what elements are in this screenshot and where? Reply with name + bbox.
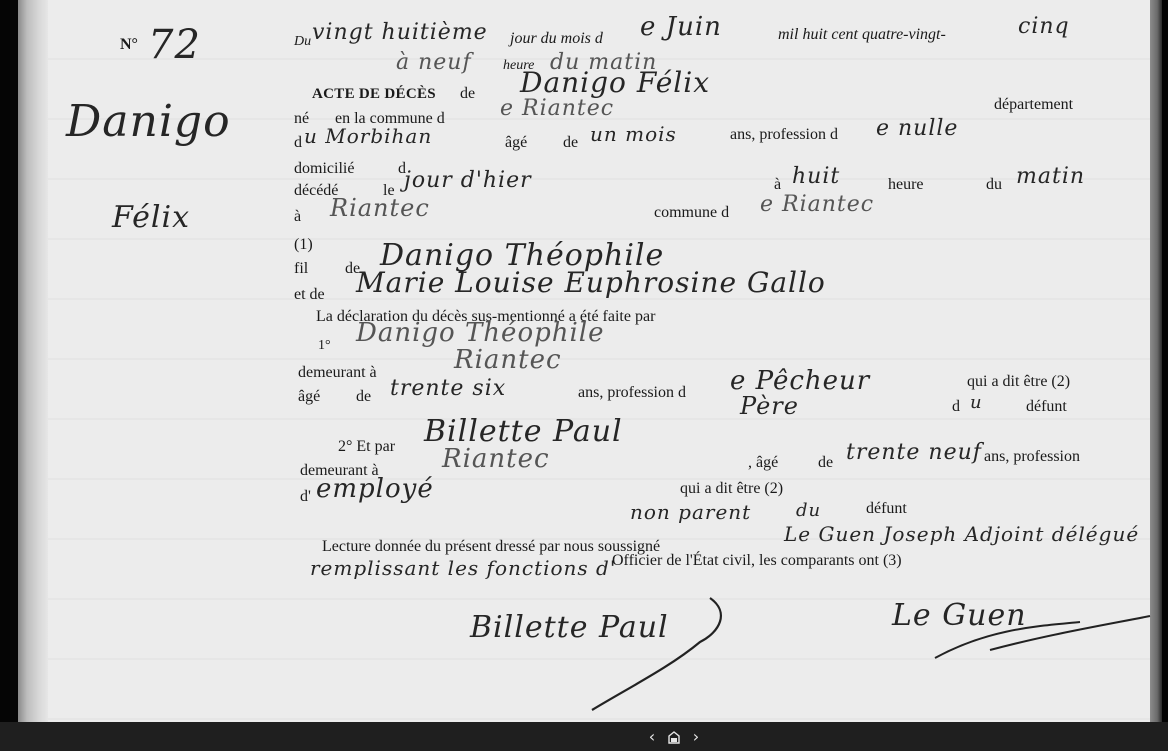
hand-profession: e nulle bbox=[876, 116, 958, 141]
text-age-de-2: de bbox=[818, 454, 833, 472]
text-fils: fil bbox=[294, 260, 308, 278]
hand-age-2: trente neuf bbox=[846, 440, 982, 465]
text-d-1: d bbox=[952, 398, 960, 416]
text-du-dept: d bbox=[294, 134, 302, 152]
hand-death-date: jour d'hier bbox=[404, 168, 532, 193]
text-defunt-2: défunt bbox=[866, 500, 907, 518]
hand-du-2: du bbox=[796, 500, 821, 521]
margin-given-name: Félix bbox=[112, 200, 190, 235]
hand-mother: Marie Louise Euphrosine Gallo bbox=[356, 266, 826, 299]
text-de: de bbox=[460, 85, 475, 103]
text-defunt-1: défunt bbox=[1026, 398, 1067, 416]
hand-department: u Morbihan bbox=[304, 124, 432, 148]
hand-officer: Le Guen Joseph Adjoint délégué bbox=[784, 522, 1139, 546]
image-viewer: N° 72 Danigo Félix Du vingt huitième jou… bbox=[0, 0, 1168, 722]
text-qui-a-dit-2: qui a dit être (2) bbox=[680, 480, 783, 498]
hand-deceased-name: Danigo Félix bbox=[520, 66, 710, 99]
hand-declarant-1: Danigo Théophile bbox=[356, 318, 605, 348]
text-du-period: du bbox=[986, 176, 1002, 194]
hand-death-period: matin bbox=[1016, 164, 1085, 189]
text-profession-1: ans, profession d bbox=[578, 384, 686, 402]
hand-death-hour: huit bbox=[792, 164, 840, 189]
text-et-par: 2° Et par bbox=[338, 438, 395, 456]
act-number-value: 72 bbox=[148, 22, 201, 68]
text-age-1: âgé bbox=[298, 388, 320, 406]
text-demeurant-1: demeurant à bbox=[298, 364, 377, 382]
hand-commune-place: e Riantec bbox=[760, 192, 874, 217]
hand-relation-2: non parent bbox=[630, 500, 751, 524]
text-year-prefix: mil huit cent quatre-vingt- bbox=[778, 26, 946, 44]
text-age-2: , âgé bbox=[748, 454, 778, 472]
text-a-place: à bbox=[294, 208, 301, 226]
hand-profession-2: employé bbox=[316, 474, 434, 504]
text-profession-2: ans, profession bbox=[984, 448, 1080, 466]
signature-flourish-2 bbox=[930, 608, 1160, 663]
act-number-label: N° bbox=[120, 36, 138, 54]
text-age-de-1: de bbox=[356, 388, 371, 406]
text-age-label: âgé bbox=[505, 134, 527, 152]
hand-residence-1: Riantec bbox=[454, 345, 562, 375]
text-lecture: Lecture donnée du présent dressé par nou… bbox=[322, 538, 660, 556]
text-officier: Officier de l'État civil, les comparants… bbox=[612, 552, 902, 570]
next-page-button[interactable]: › bbox=[689, 727, 703, 747]
gallery-home-icon bbox=[667, 730, 681, 744]
text-domicilie: domicilié bbox=[294, 160, 354, 178]
hand-birth-place: e Riantec bbox=[500, 96, 614, 121]
hand-age: un mois bbox=[590, 122, 677, 146]
text-jour-du-mois: jour du mois d bbox=[510, 30, 603, 48]
page-binding-edge bbox=[18, 0, 48, 722]
text-departement: département bbox=[994, 96, 1073, 114]
viewer-toolbar: ‹ › bbox=[0, 722, 1168, 751]
text-age-de: de bbox=[563, 134, 578, 152]
margin-surname: Danigo bbox=[66, 96, 231, 147]
text-ans-profession: ans, profession d bbox=[730, 126, 838, 144]
text-commune-de: commune d bbox=[654, 204, 729, 222]
text-et-de: et de bbox=[294, 286, 325, 304]
hand-hour: à neuf bbox=[396, 50, 472, 75]
hand-death-place: Riantec bbox=[330, 194, 430, 222]
text-qui-a-dit-1: qui a dit être (2) bbox=[967, 373, 1070, 391]
text-first: 1° bbox=[318, 338, 331, 354]
hand-month: e Juin bbox=[640, 12, 722, 42]
previous-page-button[interactable]: ‹ bbox=[645, 727, 659, 747]
gallery-home-button[interactable] bbox=[667, 727, 681, 747]
hand-remplissant: remplissant les fonctions d' bbox=[310, 556, 616, 580]
text-d-2: d' bbox=[300, 488, 311, 506]
signature-flourish-1 bbox=[580, 592, 730, 712]
hand-du-1: u bbox=[970, 392, 983, 413]
text-acte-de-deces: ACTE DE DÉCÈS bbox=[312, 86, 436, 103]
hand-age-1: trente six bbox=[390, 376, 506, 401]
hand-year: cinq bbox=[1018, 14, 1070, 39]
text-du: Du bbox=[294, 34, 311, 50]
hand-residence-2: Riantec bbox=[442, 444, 550, 474]
text-note-1: (1) bbox=[294, 236, 313, 254]
text-heures: heure bbox=[888, 176, 924, 194]
hand-day: vingt huitième bbox=[312, 20, 488, 45]
hand-relation-1: Père bbox=[740, 392, 799, 420]
